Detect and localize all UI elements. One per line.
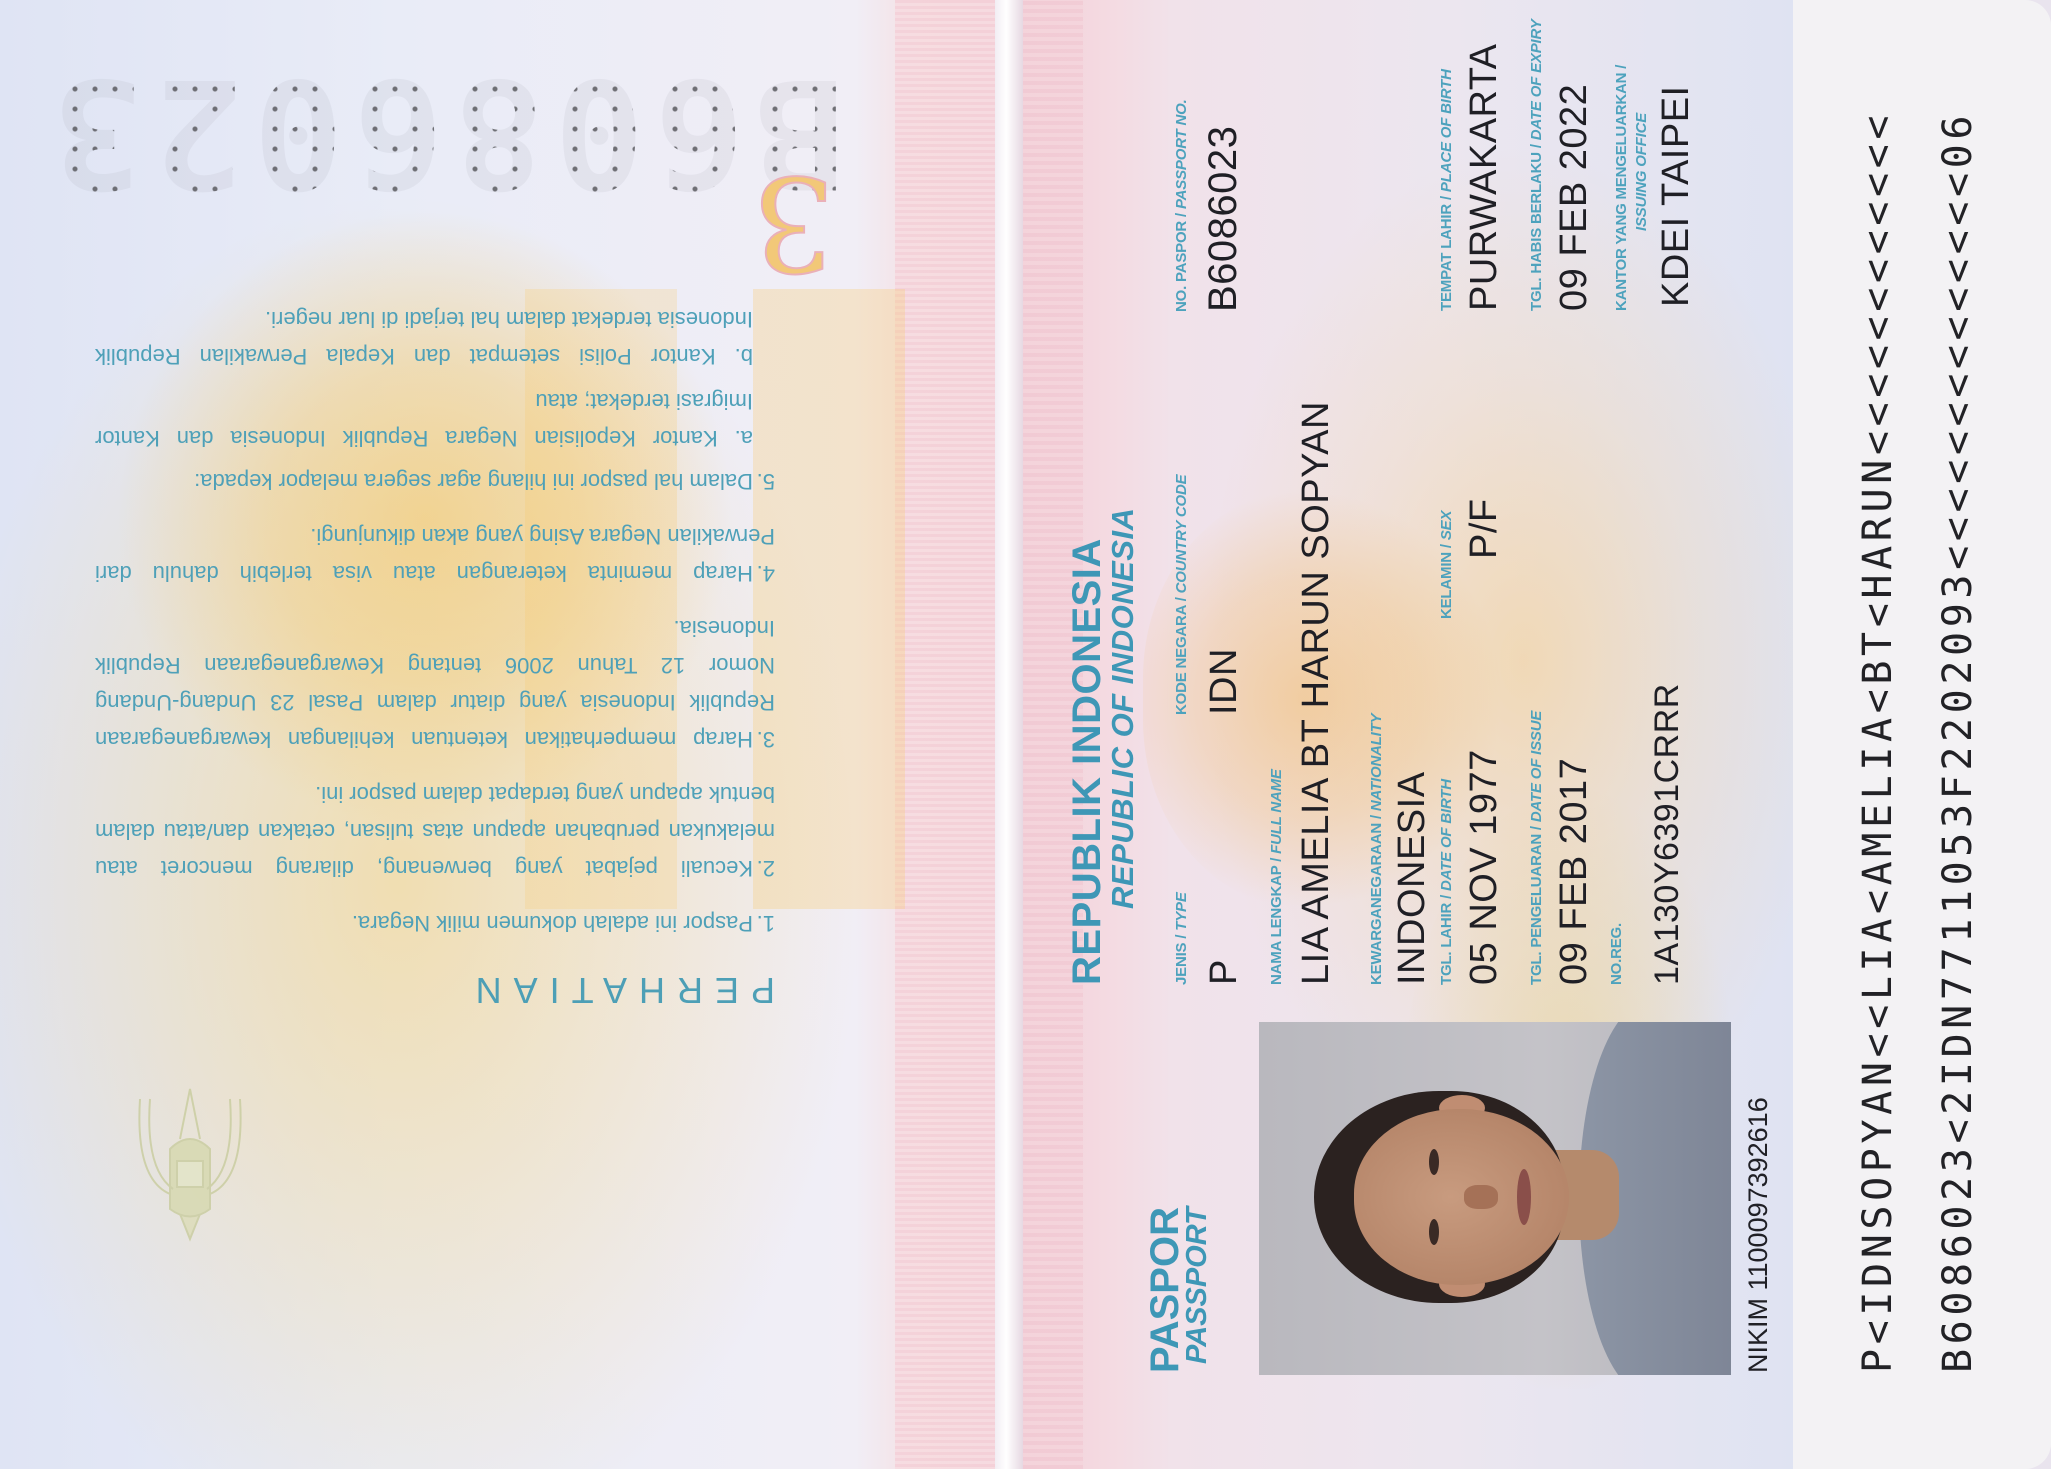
passport-spine: [995, 0, 1023, 1469]
notice-item: 4.Harap meminta keterangan atau visa ter…: [95, 518, 775, 592]
issuing-office-value: KDEI TAIPEI: [1655, 85, 1698, 307]
observations-page: B6086023 B6086023 3 PERHATIAN 1.Paspor i…: [0, 0, 995, 1469]
notice-sub-item: a. Kantor Kepolisian Negara Republik Ind…: [95, 383, 753, 457]
notice-item: 3.Harap memperhatikan ketentuan kehilang…: [95, 610, 775, 758]
notice-item: 5.Dalam hal paspor ini hilang agar seger…: [95, 301, 775, 500]
date-of-issue-label: TGL. PENGELUARAN / DATE OF ISSUE: [1528, 711, 1545, 985]
reg-no-label: NO.REG.: [1608, 923, 1625, 985]
notice-sub-list: a. Kantor Kepolisian Negara Republik Ind…: [95, 301, 775, 457]
page-number: 3: [752, 147, 835, 299]
nationality-label: KEWARGANEGARAAN / NATIONALITY: [1368, 714, 1385, 985]
data-page-container: PASPOR PASSPORT REPUBLIK INDONESIA REPUB…: [1023, 0, 2051, 1469]
sex-label: KELAMIN / SEX: [1438, 511, 1455, 619]
passport-no-label: NO. PASPOR / PASSPORT NO.: [1173, 99, 1190, 312]
garuda-emblem-icon: [125, 1079, 255, 1249]
data-page: PASPOR PASSPORT REPUBLIK INDONESIA REPUB…: [1023, 0, 2051, 1469]
issuing-office-label-en: ISSUING OFFICE: [1633, 113, 1650, 231]
country-code-value: IDN: [1203, 648, 1246, 715]
full-name-value: LIA AMELIA BT HARUN SOPYAN: [1295, 401, 1338, 985]
notice-sub-item: b. Kantor Polisi setempat dan Kepala Per…: [95, 301, 753, 375]
sex-value: P/F: [1463, 498, 1506, 559]
nikim-number: NIKIM 1100097392616: [1743, 1097, 1774, 1373]
place-of-birth-label: TEMPAT LAHIR / PLACE OF BIRTH: [1438, 69, 1455, 311]
reg-no-value: 1A130Y6391CRRR: [1648, 683, 1687, 985]
type-label: JENIS / TYPE: [1173, 892, 1190, 985]
date-of-expiry-value: 09 FEB 2022: [1553, 84, 1596, 311]
country-title: REPUBLIK INDONESIA: [1065, 538, 1110, 985]
date-of-expiry-label: TGL. HABIS BERLAKU / DATE OF EXPIRY: [1528, 19, 1545, 311]
notice-list: 1.Paspor ini adalah dokumen milik Negara…: [95, 301, 775, 942]
date-of-birth-label: TGL. LAHIR / DATE OF BIRTH: [1438, 779, 1455, 985]
issuing-office-label: KANTOR YANG MENGELUARKAN /: [1613, 65, 1630, 311]
mrz-line-2: B6086023<2IDN7711053F2202093<<<<<<<<<<<<…: [1935, 111, 1981, 1373]
machine-readable-zone: P<IDNSOPYAN<<LIA<AMELIA<BT<HARUN<<<<<<<<…: [1793, 0, 2051, 1469]
data-panel: PASPOR PASSPORT REPUBLIK INDONESIA REPUB…: [1023, 0, 1793, 1469]
perforated-passport-number: B6086023: [43, 45, 845, 219]
passport-no-value: B6086023: [1201, 126, 1246, 312]
pink-security-band: [895, 0, 995, 1469]
type-value: P: [1203, 959, 1246, 985]
holder-photo: [1259, 1022, 1731, 1375]
notice-title: PERHATIAN: [95, 972, 775, 1009]
date-of-birth-value: 05 NOV 1977: [1463, 749, 1506, 985]
document-type-word-en: PASSPORT: [1181, 1207, 1214, 1364]
mrz-line-1: P<IDNSOPYAN<<LIA<AMELIA<BT<HARUN<<<<<<<<…: [1855, 111, 1901, 1373]
notice-item: 2.Kecuali pejabat yang berwenang, dilara…: [95, 776, 775, 887]
place-of-birth-value: PURWAKARTA: [1463, 43, 1506, 311]
notice-item: 1.Paspor ini adalah dokumen milik Negara…: [95, 905, 775, 942]
full-name-label: NAMA LENGKAP / FULL NAME: [1268, 769, 1285, 985]
nationality-value: INDONESIA: [1391, 771, 1434, 985]
notice-section: PERHATIAN 1.Paspor ini adalah dokumen mi…: [95, 283, 775, 1009]
date-of-issue-value: 09 FEB 2017: [1553, 758, 1596, 985]
country-title-en: REPUBLIC OF INDONESIA: [1105, 508, 1141, 909]
country-code-label: KODE NEGARA / COUNTRY CODE: [1173, 475, 1190, 715]
